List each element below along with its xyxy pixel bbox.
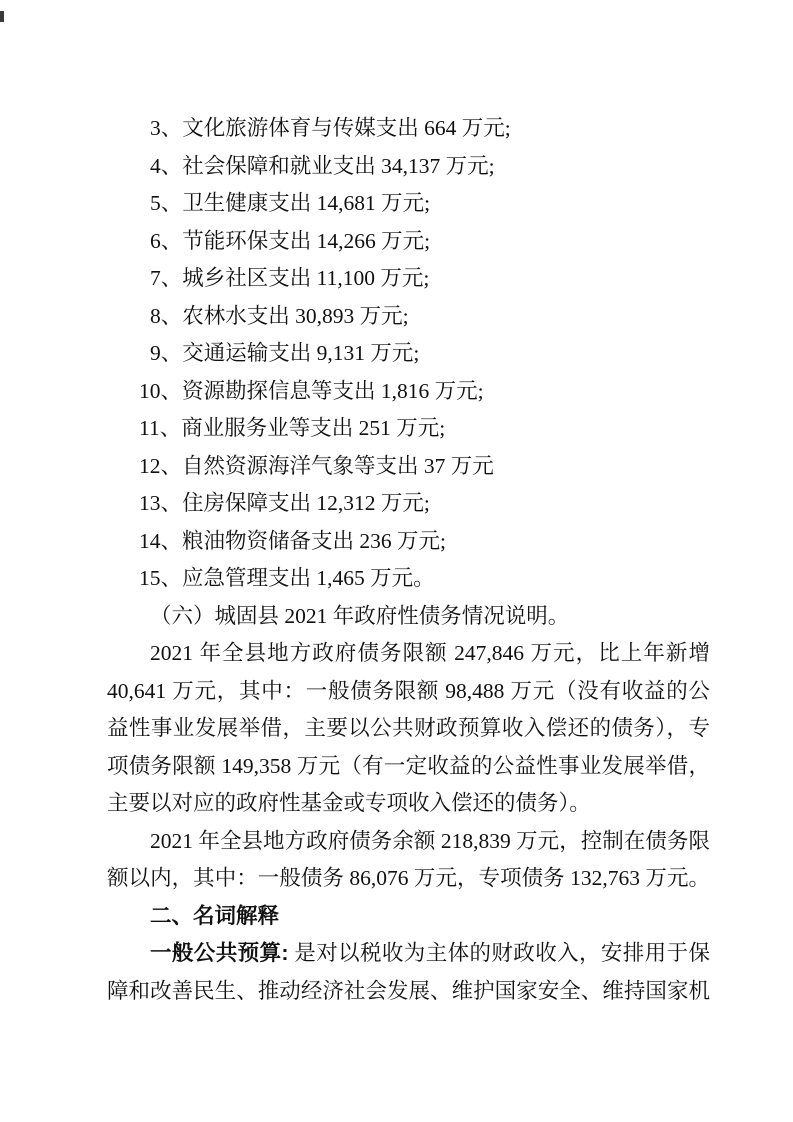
expenditure-item: 3、文化旅游体育与传媒支出 664 万元; (107, 110, 710, 148)
document-content: 3、文化旅游体育与传媒支出 664 万元; 4、社会保障和就业支出 34,137… (107, 110, 710, 1010)
glossary-definition-text: 是对以税收为主体的财政收入，安排用于保 (289, 941, 710, 965)
expenditure-item: 12、自然资源海洋气象等支出 37 万元 (107, 448, 710, 486)
expenditure-item: 13、住房保障支出 12,312 万元; (107, 485, 710, 523)
expenditure-item: 4、社会保障和就业支出 34,137 万元; (107, 148, 710, 186)
expenditure-item: 7、城乡社区支出 11,100 万元; (107, 260, 710, 298)
glossary-definition-line: 一般公共预算: 是对以税收为主体的财政收入，安排用于保 (107, 935, 710, 973)
debt-balance-line: 额以内，其中：一般债务 86,076 万元，专项债务 132,763 万元。 (107, 860, 710, 898)
debt-balance-line: 2021 年全县地方政府债务余额 218,839 万元，控制在债务限 (107, 823, 710, 861)
expenditure-item: 6、节能环保支出 14,266 万元; (107, 223, 710, 261)
expenditure-item: 10、资源勘探信息等支出 1,816 万元; (107, 373, 710, 411)
debt-limit-line: 益性事业发展举借，主要以公共财政预算收入偿还的债务），专 (107, 710, 710, 748)
glossary-term: 一般公共预算: (150, 941, 289, 965)
expenditure-item: 5、卫生健康支出 14,681 万元; (107, 185, 710, 223)
expenditure-item: 14、粮油物资储备支出 236 万元; (107, 523, 710, 561)
glossary-heading: 二、名词解释 (107, 898, 710, 936)
scan-edge-artifact (0, 11, 4, 22)
glossary-definition-line: 障和改善民生、推动经济社会发展、维护国家安全、维持国家机 (107, 973, 710, 1011)
debt-limit-line: 40,641 万元，其中：一般债务限额 98,488 万元（没有收益的公 (107, 673, 710, 711)
expenditure-item: 8、农林水支出 30,893 万元; (107, 298, 710, 336)
expenditure-item: 11、商业服务业等支出 251 万元; (107, 410, 710, 448)
document-page: 3、文化旅游体育与传媒支出 664 万元; 4、社会保障和就业支出 34,137… (0, 0, 793, 1122)
debt-limit-line: 2021 年全县地方政府债务限额 247,846 万元，比上年新增 (107, 635, 710, 673)
debt-limit-line: 项债务限额 149,358 万元（有一定收益的公益性事业发展举借， (107, 748, 710, 786)
debt-limit-line: 主要以对应的政府性基金或专项收入偿还的债务）。 (107, 785, 710, 823)
expenditure-item: 15、应急管理支出 1,465 万元。 (107, 560, 710, 598)
expenditure-item: 9、交通运输支出 9,131 万元; (107, 335, 710, 373)
debt-section-heading: （六）城固县 2021 年政府性债务情况说明。 (107, 598, 710, 636)
